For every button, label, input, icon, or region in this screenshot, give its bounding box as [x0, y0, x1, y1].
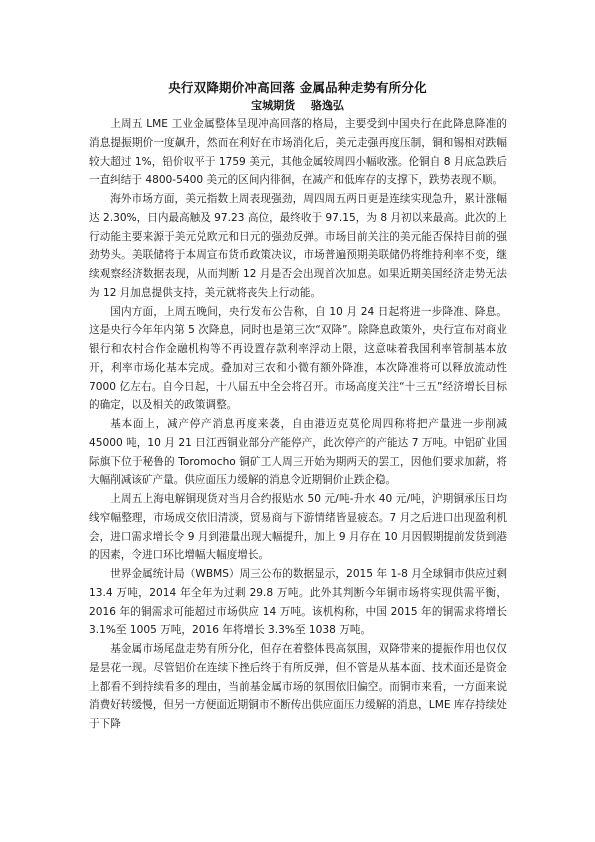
article-title: 央行双降期价冲高回落 金属品种走势有所分化: [0, 78, 595, 96]
byline-organization: 宝城期货: [251, 99, 295, 112]
paragraph-lme-overview: 上周五 LME 工业金属整体呈现冲高回落的格局，主要受到中国央行在此降息降准的消…: [89, 115, 507, 190]
article-body: 上周五 LME 工业金属整体呈现冲高回落的格局，主要受到中国央行在此降息降准的消…: [89, 115, 507, 734]
byline-author: 骆逸弘: [311, 99, 344, 112]
document-page: 央行双降期价冲高回落 金属品种走势有所分化 宝城期货 骆逸弘 上周五 LME 工…: [0, 0, 595, 842]
paragraph-fundamentals: 基本面上，减产停产消息再度来袭，自由港迈克莫伦周四称将把产量进一步削减 4500…: [89, 415, 507, 490]
paragraph-wbms-data: 世界金属统计局（WBMS）周三公布的数据显示，2015 年 1-8 月全球铜市供…: [89, 565, 507, 640]
paragraph-domestic-policy: 国内方面，上周五晚间，央行发布公告称，自 10 月 24 日起将进一步降准、降息…: [89, 303, 507, 416]
article-byline: 宝城期货 骆逸弘: [0, 97, 595, 113]
paragraph-shanghai-spot: 上周五上海电解铜现货对当月合约报贴水 50 元/吨-升水 40 元/吨，沪期铜承…: [89, 490, 507, 565]
paragraph-overseas-market: 海外市场方面，美元指数上周表现强劲，周四周五两日更是连续实现急升，累计涨幅达 2…: [89, 190, 507, 303]
paragraph-outlook: 基金属市场尾盘走势有所分化，但存在着整体畏高氛围，双降带来的提振作用也仅仅是昙花…: [89, 640, 507, 734]
